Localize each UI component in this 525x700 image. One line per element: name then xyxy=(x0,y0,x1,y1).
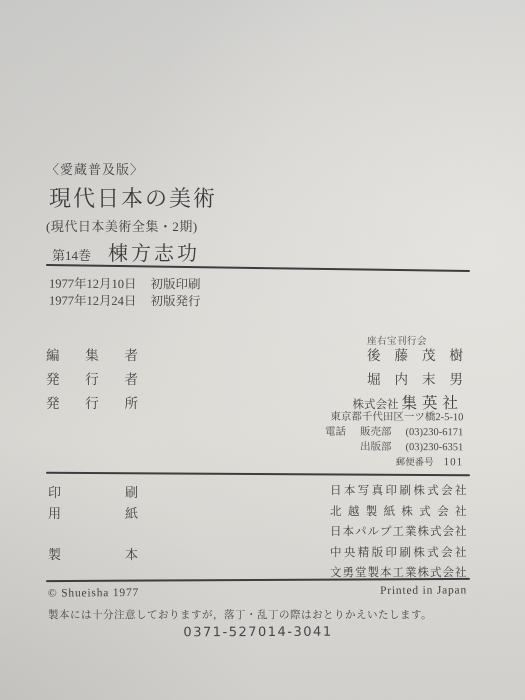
printed-in-japan: Printed in Japan xyxy=(380,584,467,597)
copyright-notice: © Shueisha 1977 xyxy=(48,587,139,600)
printing-company: 日本写真印刷株式会社 xyxy=(330,482,467,503)
editorial-phone: (03)230-6351 xyxy=(405,442,463,453)
book-code: 0371-527014-3041 xyxy=(46,624,470,640)
editorial-phone-line: 出版部(03)230-6351 xyxy=(325,440,463,455)
publisher-name: 堀内末男 xyxy=(367,368,463,388)
paper-label: 用紙 xyxy=(48,503,138,524)
postal-label: 郵便番号 xyxy=(395,458,433,468)
paper-company-2: 日本パルプ工業株式会社 xyxy=(330,523,467,544)
sales-dept-label: 販売部 xyxy=(360,427,392,438)
editor-name: 後藤茂樹 xyxy=(367,344,463,364)
publisher-label: 発行者 xyxy=(46,368,138,388)
office-label: 発行所 xyxy=(46,392,138,412)
production-credits: 印刷 用紙 製本 日本写真印刷株式会社 北越製紙株式会社 日本パルプ工業株式会社… xyxy=(48,482,467,585)
editor-label: 編集者 xyxy=(46,344,138,364)
book-title: 現代日本の美術 xyxy=(49,182,217,213)
edition-label: 〈愛蔵普及版〉 xyxy=(46,159,144,178)
print-date-line: 1977年12月10日初版印刷 xyxy=(49,276,201,294)
volume-number: 第14巻 xyxy=(52,245,91,264)
postal-code: 101 xyxy=(443,456,463,468)
book-page-photo: 〈愛蔵普及版〉 現代日本の美術 (現代日本美術全集・2期) 第14巻 棟方志功 … xyxy=(0,0,525,700)
series-title: (現代日本美術全集・2期) xyxy=(46,216,198,235)
edition-dates: 1977年12月10日初版印刷 1977年12月24日初版発行 xyxy=(49,276,201,311)
divider-rule-top xyxy=(46,264,470,272)
binding-notice: 製本には十分注意しておりますが，落丁・乱丁の際はおとりかえいたします。 xyxy=(48,607,432,622)
colophon-page: 〈愛蔵普及版〉 現代日本の美術 (現代日本美術全集・2期) 第14巻 棟方志功 … xyxy=(46,155,470,655)
divider-rule-middle xyxy=(46,472,470,477)
volume-title: 棟方志功 xyxy=(108,237,200,266)
paper-company-1: 北越製紙株式会社 xyxy=(330,503,467,524)
postal-line: 郵便番号101 xyxy=(325,455,463,471)
publisher-row: 発行者 堀内末男 xyxy=(46,368,463,388)
editorial-dept-label: 出版部 xyxy=(360,442,392,453)
sales-phone: (03)230-6171 xyxy=(405,427,463,438)
printing-label: 印刷 xyxy=(48,482,138,503)
issue-date-label: 初版発行 xyxy=(150,294,200,308)
production-companies: 日本写真印刷株式会社 北越製紙株式会社 日本パルプ工業株式会社 中央精版印刷株式… xyxy=(330,482,467,585)
editor-row: 編集者 後藤茂樹 xyxy=(46,344,463,364)
binding-label: 製本 xyxy=(48,544,138,565)
binding-company-1: 中央精版印刷株式会社 xyxy=(330,544,467,565)
production-labels: 印刷 用紙 製本 xyxy=(48,482,138,585)
tel-label: 電話 xyxy=(325,427,346,438)
print-date-label: 初版印刷 xyxy=(151,277,201,291)
binding-company-2: 文勇堂製本工業株式会社 xyxy=(330,564,467,585)
print-date: 1977年12月10日 xyxy=(49,277,137,291)
copyright-row: © Shueisha 1977 Printed in Japan xyxy=(48,584,467,599)
publisher-address-block: 東京都千代田区一ツ橋2-5-10 電話販売部(03)230-6171 出版部(0… xyxy=(325,410,463,471)
issue-date-line: 1977年12月24日初版発行 xyxy=(49,293,201,311)
volume-line: 第14巻 棟方志功 xyxy=(52,237,200,266)
sales-phone-line: 電話販売部(03)230-6171 xyxy=(325,425,463,440)
address-street: 東京都千代田区一ツ橋2-5-10 xyxy=(325,410,463,425)
issue-date: 1977年12月24日 xyxy=(49,294,137,308)
